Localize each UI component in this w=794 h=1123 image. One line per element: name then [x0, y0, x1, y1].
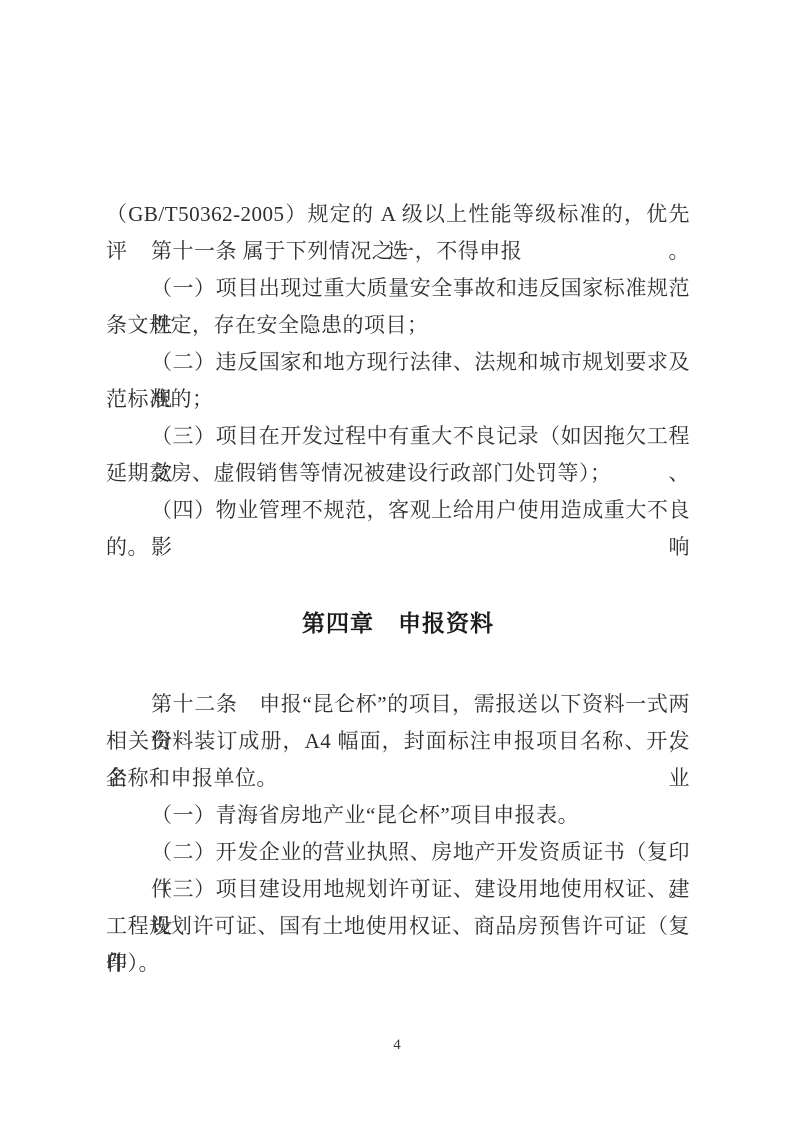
text-line: （一）项目出现过重大质量安全事故和违反国家标准规范性	[106, 270, 690, 307]
text-line: （二）违反国家和地方现行法律、法规和城市规划要求及规	[106, 344, 690, 381]
text-line: 第十二条 申报“昆仑杯”的项目，需报送以下资料一式两份，	[106, 686, 690, 723]
text-line: 相关资料装订成册，A4 幅面，封面标注申报项目名称、开发企业	[106, 723, 690, 760]
text-line: 工程规划许可证、国有土地使用权证、商品房预售许可证（复印	[106, 908, 690, 945]
text-line: 件）。	[106, 945, 690, 982]
text-line: （GB/T50362-2005）规定的 A 级以上性能等级标准的，优先评选。	[106, 196, 690, 233]
text-line: 范标准的；	[106, 381, 690, 418]
text-line: （一）青海省房地产业“昆仑杯”项目申报表。	[106, 797, 690, 834]
text-line: （二）开发企业的营业执照、房地产开发资质证书（复印件）。	[106, 834, 690, 871]
text-line: （四）物业管理不规范，客观上给用户使用造成重大不良影响	[106, 492, 690, 529]
body-text: （GB/T50362-2005）规定的 A 级以上性能等级标准的，优先评选。 第…	[106, 196, 690, 982]
page-number: 4	[0, 1036, 794, 1054]
section-application-materials: 第十二条 申报“昆仑杯”的项目，需报送以下资料一式两份， 相关资料装订成册，A4…	[106, 686, 690, 982]
text-line: （三）项目在开发过程中有重大不良记录（如因拖欠工程款、	[106, 418, 690, 455]
text-line: （三）项目建设用地规划许可证、建设用地使用权证、建设	[106, 871, 690, 908]
document-page: （GB/T50362-2005）规定的 A 级以上性能等级标准的，优先评选。 第…	[0, 0, 794, 1123]
text-line: 条文规定，存在安全隐患的项目；	[106, 307, 690, 344]
text-line: 延期交房、虚假销售等情况被建设行政部门处罚等）；	[106, 455, 690, 492]
chapter-heading: 第四章 申报资料	[106, 603, 690, 644]
